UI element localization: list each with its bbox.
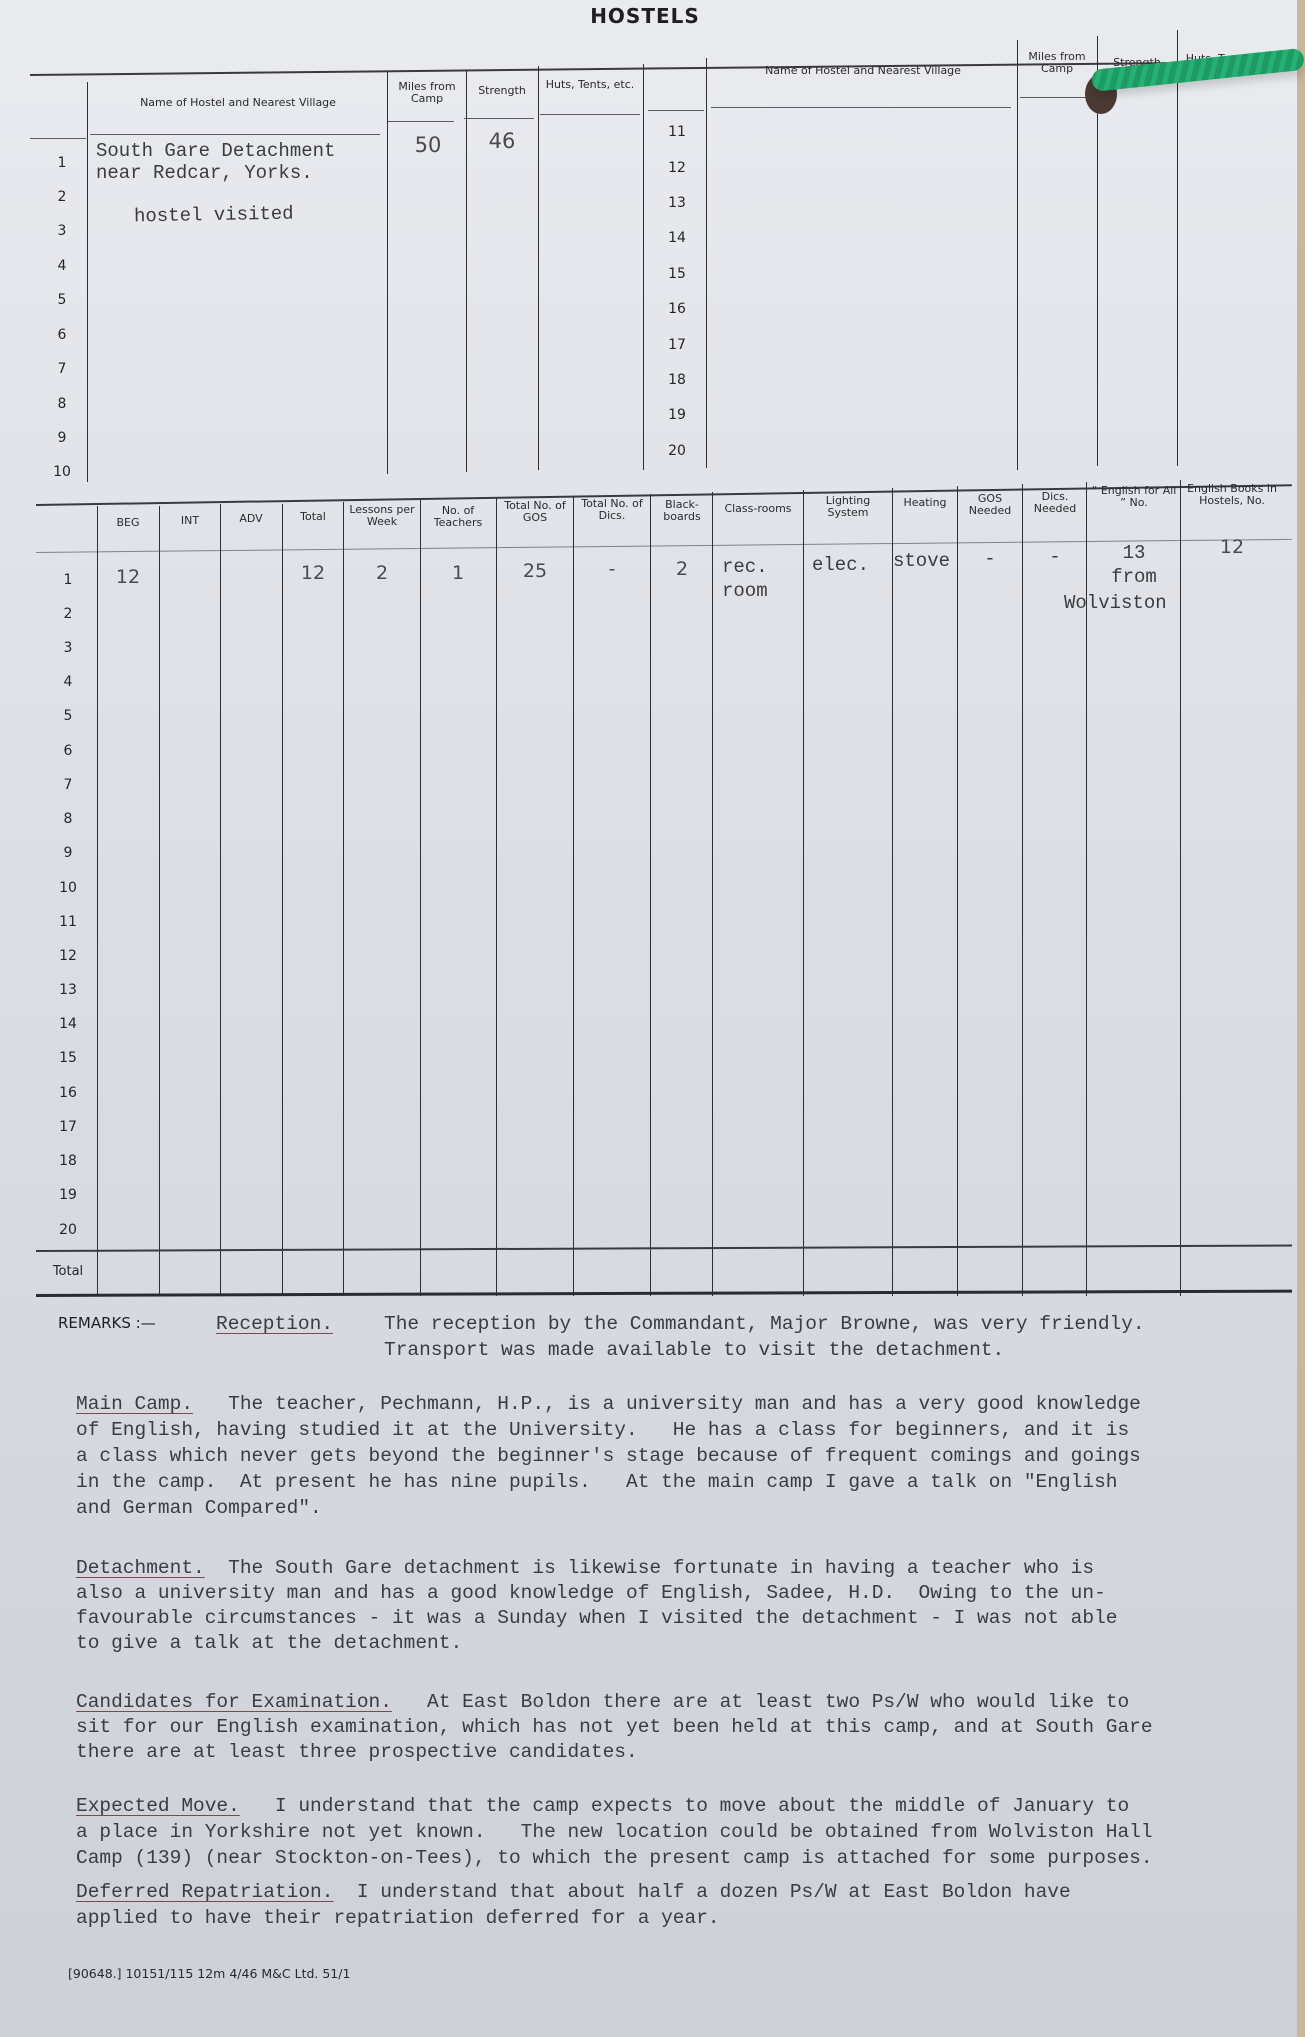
row-number: 2 (42, 189, 82, 205)
expected-move-line: a place in Yorkshire not yet known. The … (76, 1820, 1153, 1845)
remarks-label: REMARKS :— (58, 1314, 156, 1332)
header-lighting-system: Lighting System (805, 492, 891, 522)
row-number: 9 (48, 845, 88, 861)
reception-line: The reception by the Commandant, Major B… (384, 1312, 1145, 1337)
cell-teachers: 1 (422, 562, 494, 584)
row-number: 1 (42, 155, 82, 171)
row-number: 19 (48, 1187, 88, 1203)
header-strength: Strength (468, 76, 536, 106)
header-huts-tents: Huts, Tents, etc. (540, 62, 640, 108)
row-number: 4 (48, 674, 88, 690)
hostel-name-line1: South Gare Detachment (96, 140, 335, 162)
header-total: Total (284, 504, 342, 530)
candidates-line: sit for our English examination, which h… (76, 1715, 1153, 1740)
row-number: 15 (657, 266, 697, 282)
detachment-line: favourable circumstances - it was a Sund… (76, 1606, 1117, 1631)
main-camp-line: a class which never gets beyond the begi… (76, 1444, 1141, 1469)
hostel-strength: 46 (468, 130, 536, 152)
header-gos-needed: GOS Needed (959, 490, 1021, 520)
reception-line: Transport was made available to visit th… (384, 1338, 1004, 1363)
candidates-line: there are at least three prospective can… (76, 1740, 638, 1765)
main-camp-heading: Main Camp. (76, 1393, 193, 1415)
row-number: 3 (42, 223, 82, 239)
header-classrooms: Class-rooms (714, 494, 802, 524)
header-adv: ADV (222, 506, 280, 532)
header-hostel-name-right: Name of Hostel and Nearest Village (712, 56, 1014, 86)
cell-classrooms-line1: rec. (722, 556, 768, 578)
detachment-line: also a university man and has a good kno… (76, 1581, 1106, 1606)
row-number: 5 (48, 708, 88, 724)
expected-move-heading: Expected Move. (76, 1795, 240, 1817)
main-camp-line: in the camp. At present he has nine pupi… (76, 1470, 1117, 1495)
total-label: Total (46, 1264, 90, 1279)
candidates-paragraph: Candidates for Examination. At East Bold… (76, 1690, 1129, 1715)
cell-beg: 12 (99, 566, 157, 588)
row-number: 18 (657, 372, 697, 388)
row-number: 14 (48, 1016, 88, 1032)
row-number: 7 (42, 361, 82, 377)
expected-move-line: Camp (139) (near Stockton-on-Tees), to w… (76, 1846, 1153, 1871)
hostel-note: hostel visited (134, 203, 294, 228)
detachment-paragraph: Detachment. The South Gare detachment is… (76, 1556, 1094, 1581)
row-number: 4 (42, 258, 82, 274)
header-miles-from-camp-right: Miles from Camp (1019, 40, 1095, 86)
row-number: 18 (48, 1153, 88, 1169)
row-number: 16 (48, 1085, 88, 1101)
deferred-line: I understand that about half a dozen Ps/… (333, 1881, 1070, 1903)
row-number: 13 (48, 982, 88, 998)
cell-english-for-all-source: Wolviston (1064, 592, 1167, 614)
expected-move-line: I understand that the camp expects to mo… (240, 1795, 1129, 1817)
print-reference-footer: [90648.] 10151/115 12m 4/46 M&C Ltd. 51/… (68, 1966, 350, 1981)
main-camp-paragraph: Main Camp. The teacher, Pechmann, H.P., … (76, 1392, 1141, 1417)
cell-english-for-all-count: 13 (1088, 542, 1180, 564)
expected-move-paragraph: Expected Move. I understand that the cam… (76, 1794, 1129, 1819)
detachment-line: to give a talk at the detachment. (76, 1631, 462, 1656)
header-int: INT (161, 508, 219, 534)
cell-classrooms-line2: room (722, 580, 768, 602)
cell-dics-total: - (575, 558, 649, 580)
main-camp-line: The teacher, Pechmann, H.P., is a univer… (193, 1393, 1141, 1415)
row-number: 6 (42, 327, 82, 343)
cell-lighting: elec. (812, 554, 869, 576)
row-number: 7 (48, 777, 88, 793)
reception-title: Reception. (216, 1313, 333, 1335)
row-number: 13 (657, 195, 697, 211)
row-number: 3 (48, 640, 88, 656)
row-number: 15 (48, 1050, 88, 1066)
cell-gos-needed: - (959, 548, 1021, 570)
page-title: HOSTELS (0, 4, 1290, 28)
header-english-books: English Books in Hostels, No. (1182, 474, 1282, 516)
header-dics-needed: Dics. Needed (1024, 488, 1086, 518)
detachment-line: The South Gare detachment is likewise fo… (205, 1557, 1094, 1579)
deferred-paragraph: Deferred Repatriation. I understand that… (76, 1880, 1071, 1905)
row-number: 9 (42, 430, 82, 446)
cell-gos-total: 25 (498, 560, 572, 582)
hostel-name-line2: near Redcar, Yorks. (96, 162, 313, 184)
cell-heating: stove (893, 550, 950, 572)
detachment-heading: Detachment. (76, 1557, 205, 1579)
main-camp-line: and German Compared". (76, 1496, 322, 1521)
candidates-line: At East Boldon there are at least two Ps… (392, 1691, 1129, 1713)
header-blackboards: Black-boards (652, 496, 712, 526)
row-number: 5 (42, 292, 82, 308)
header-total-dics: Total No. of Dics. (575, 490, 649, 530)
row-number: 20 (48, 1222, 88, 1238)
header-english-for-all: “ English for All ” No. (1088, 476, 1180, 518)
main-camp-line: of English, having studied it at the Uni… (76, 1418, 1129, 1443)
row-number: 2 (48, 606, 88, 622)
deferred-heading: Deferred Repatriation. (76, 1881, 333, 1903)
row-number: 8 (42, 396, 82, 412)
candidates-heading: Candidates for Examination. (76, 1691, 392, 1713)
header-heating: Heating (894, 490, 956, 516)
row-number: 17 (657, 337, 697, 353)
cell-lessons: 2 (345, 562, 419, 584)
row-number: 17 (48, 1119, 88, 1135)
header-no-of-teachers: No. of Teachers (422, 502, 494, 532)
cell-blackboards: 2 (652, 558, 712, 580)
reception-heading: Reception. (216, 1312, 333, 1337)
header-lessons-per-week: Lessons per Week (345, 496, 419, 536)
header-miles-from-camp: Miles from Camp (390, 70, 464, 116)
hostel-miles: 50 (390, 134, 466, 156)
header-total-gos: Total No. of GOS (498, 492, 572, 532)
row-number: 10 (48, 880, 88, 896)
row-number: 12 (657, 160, 697, 176)
row-number: 12 (48, 948, 88, 964)
cell-total: 12 (284, 562, 342, 584)
cell-english-books: 12 (1182, 536, 1282, 558)
cell-dics-needed: - (1024, 546, 1086, 568)
form-page: HOSTELS Name of Hostel and Nearest Villa… (0, 0, 1297, 2037)
row-number: 10 (42, 464, 82, 480)
row-number: 16 (657, 301, 697, 317)
deferred-line: applied to have their repatriation defer… (76, 1906, 720, 1931)
row-number: 19 (657, 407, 697, 423)
row-number: 14 (657, 230, 697, 246)
header-beg: BEG (99, 510, 157, 536)
row-number: 8 (48, 811, 88, 827)
row-number: 1 (48, 572, 88, 588)
header-hostel-name: Name of Hostel and Nearest Village (92, 88, 384, 118)
row-number: 11 (48, 914, 88, 930)
row-number: 6 (48, 743, 88, 759)
row-number: 11 (657, 124, 697, 140)
cell-english-for-all-from: from (1088, 566, 1180, 588)
row-number: 20 (657, 443, 697, 459)
